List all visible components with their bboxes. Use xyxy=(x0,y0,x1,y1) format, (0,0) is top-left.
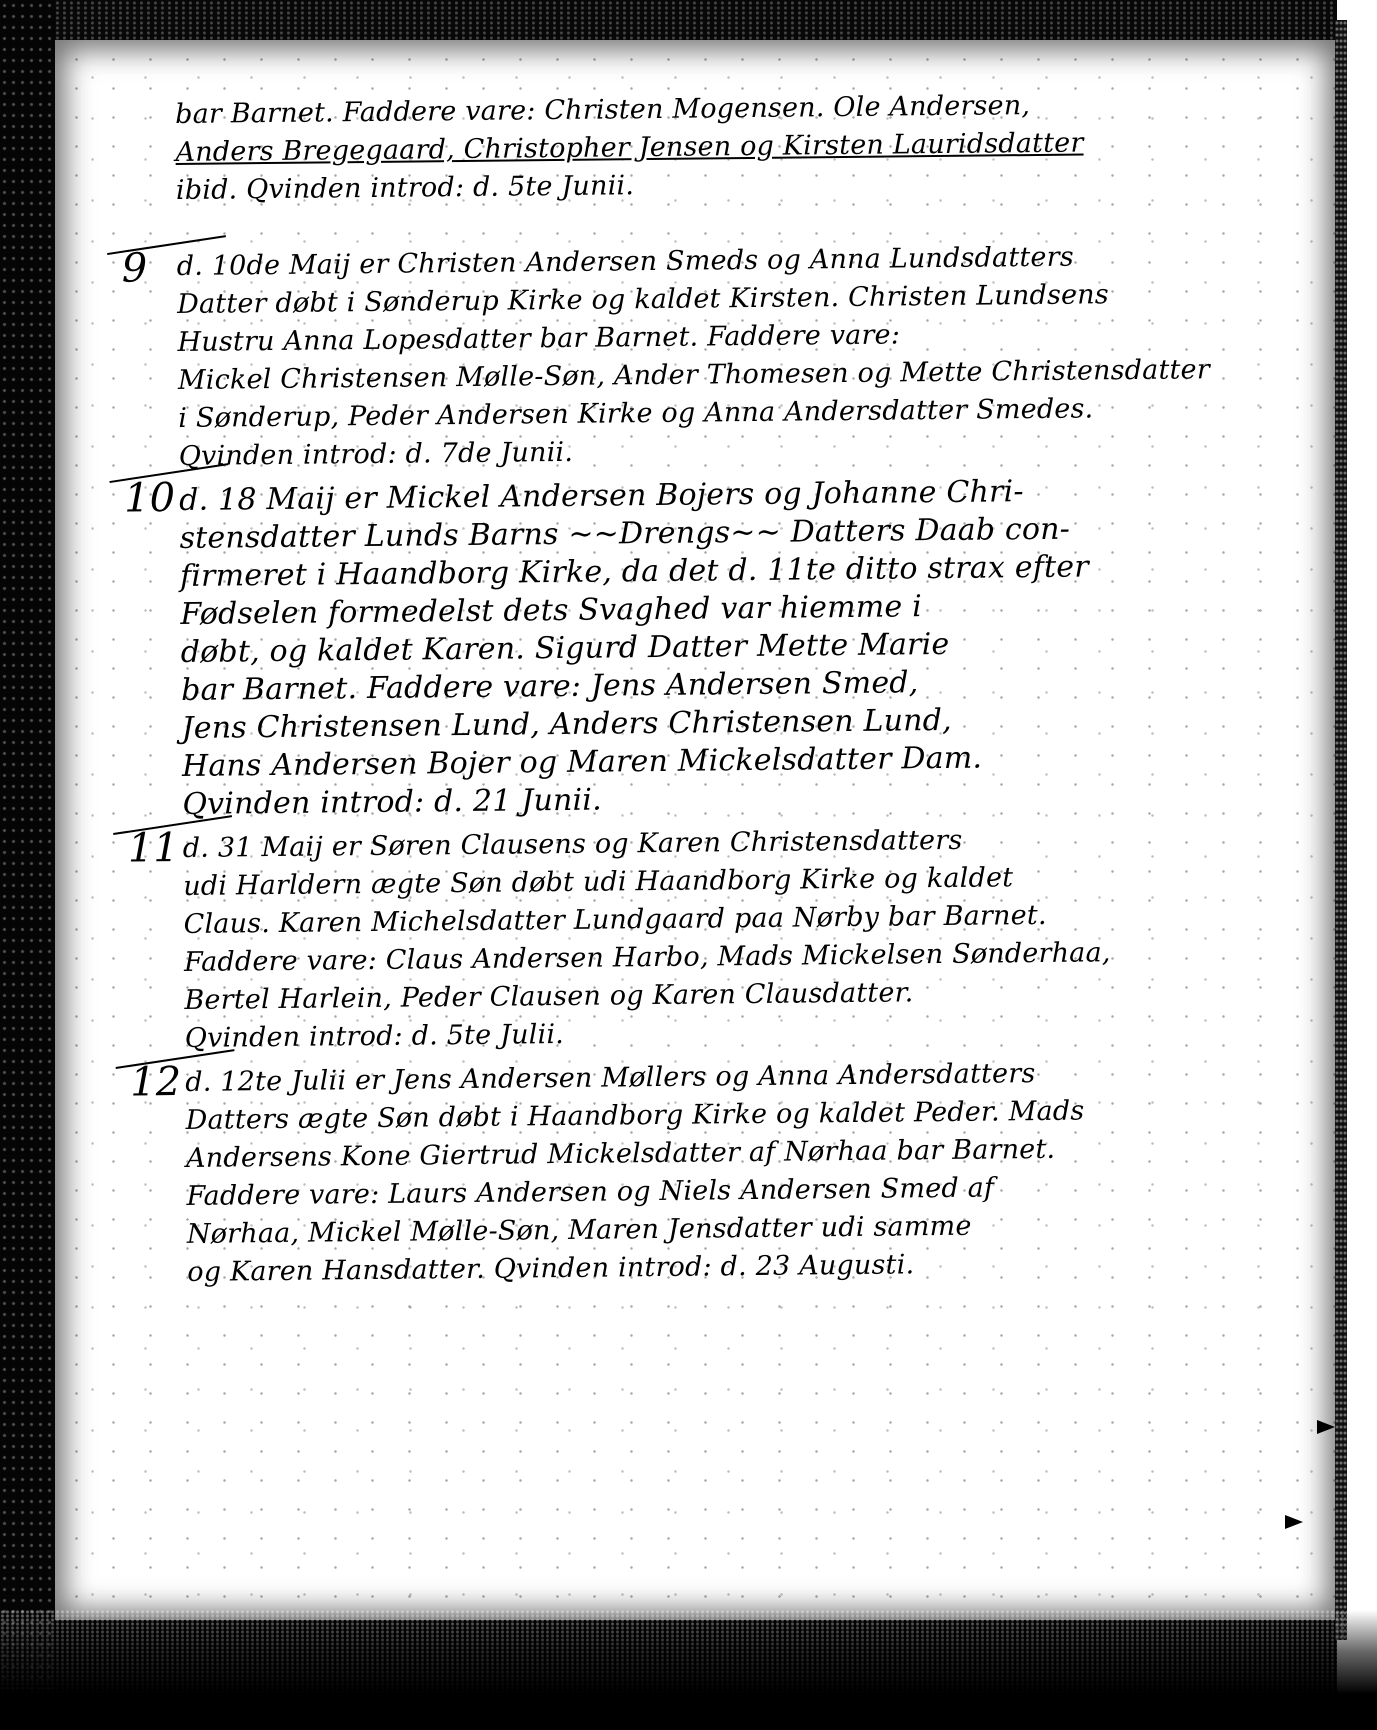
entry-continuation: bar Barnet. Faddere vare: Christen Mogen… xyxy=(175,88,1296,214)
entry-9: 9 d. 10de Maij er Christen Andersen Smed… xyxy=(177,240,1299,480)
entry-11: 11 d. 31 Maij er Søren Clausens og Karen… xyxy=(183,822,1305,1062)
entry-10: 10 d. 18 Maij er Mickel Andersen Bojers … xyxy=(179,474,1303,828)
scan-border-left xyxy=(0,0,55,1730)
entry-number: 12 xyxy=(130,1062,181,1103)
entry-number: 9 xyxy=(122,248,148,288)
register-page: bar Barnet. Faddere vare: Christen Mogen… xyxy=(55,40,1337,1620)
margin-arrow-icon xyxy=(1285,1515,1303,1529)
handwritten-text: bar Barnet. Faddere vare: Christen Mogen… xyxy=(175,88,1307,1296)
margin-arrow-icon xyxy=(1317,1420,1335,1434)
page-spine xyxy=(1335,20,1347,1640)
entry-12: 12 d. 12te Julii er Jens Andersen Møller… xyxy=(185,1056,1307,1296)
entry-line: Qvinden introd: d. 21 Junii. xyxy=(182,778,1302,828)
entry-number: 11 xyxy=(128,828,179,869)
scan-border-bottom xyxy=(0,1610,1377,1730)
entry-number: 10 xyxy=(124,478,175,519)
